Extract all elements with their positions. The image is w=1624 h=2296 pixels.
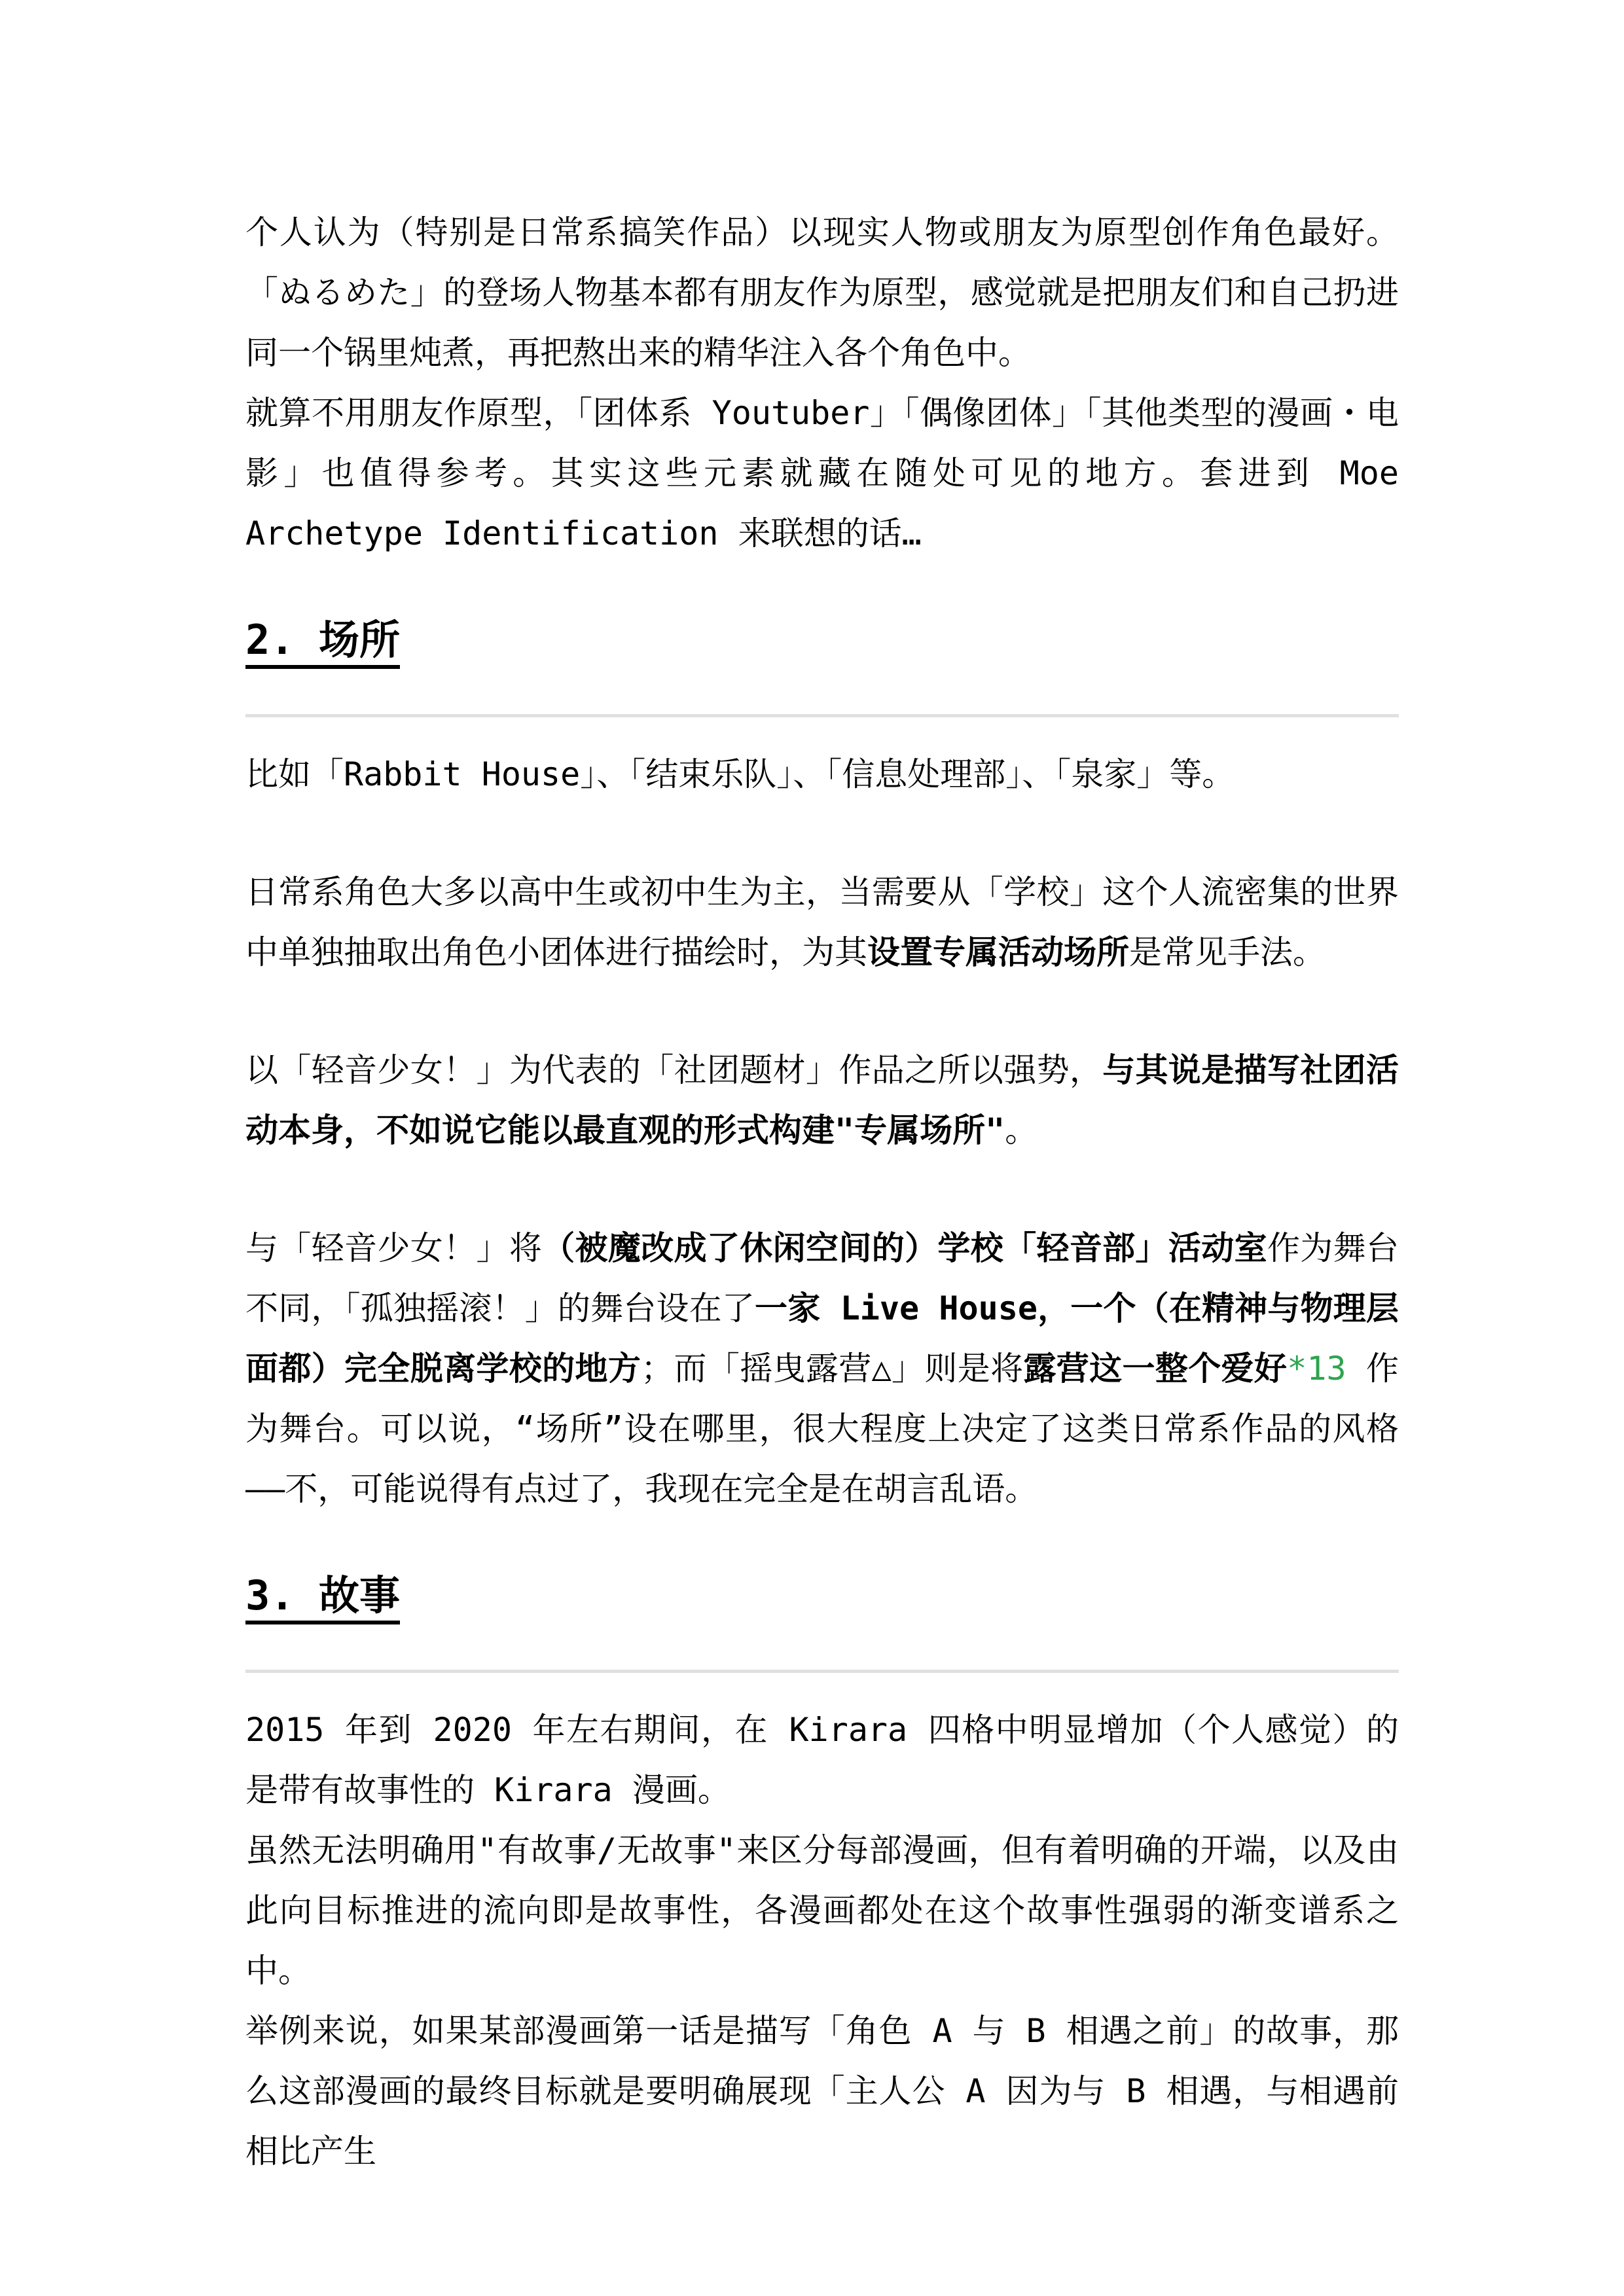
paragraph: 就算不用朋友作原型，「团体系 Youtuber」「偶像团体」「其他类型的漫画・电… bbox=[245, 383, 1399, 564]
document-page: 个人认为（特别是日常系搞笑作品）以现实人物或朋友为原型创作角色最好。「ぬるめた」… bbox=[0, 0, 1624, 2296]
text-run: 举例来说，如果某部漫画第一话是描写「角色 A 与 B 相遇之前」的故事，那么这部… bbox=[245, 2012, 1399, 2170]
text-run: 比如「Rabbit House」、「结束乐队」、「信息处理部」、「泉家」等。 bbox=[245, 755, 1235, 793]
section-3-heading-text: 3. 故事 bbox=[245, 1572, 400, 1624]
text-run: 就算不用朋友作原型，「团体系 Youtuber」「偶像团体」「其他类型的漫画・电… bbox=[245, 394, 1399, 552]
footnote-ref-link[interactable]: *13 bbox=[1287, 1350, 1346, 1388]
paragraph: 与「轻音少女！」将（被魔改成了休闲空间的）学校「轻音部」活动室作为舞台不同，「孤… bbox=[245, 1218, 1399, 1519]
text-run: 虽然无法明确用"有故事/无故事"来区分每部漫画，但有着明确的开端，以及由此向目标… bbox=[245, 1831, 1399, 1990]
text-run: 。 bbox=[1005, 1111, 1038, 1149]
text-run: 是常见手法。 bbox=[1129, 933, 1326, 971]
article-content: 个人认为（特别是日常系搞笑作品）以现实人物或朋友为原型创作角色最好。「ぬるめた」… bbox=[0, 0, 1624, 2296]
paragraph: 以「轻音少女！」为代表的「社团题材」作品之所以强势，与其说是描写社团活动本身，不… bbox=[245, 1040, 1399, 1160]
text-run: 与「轻音少女！」将 bbox=[245, 1229, 542, 1267]
intro-paragraphs: 个人认为（特别是日常系搞笑作品）以现实人物或朋友为原型创作角色最好。「ぬるめた」… bbox=[245, 202, 1399, 564]
section-3-paragraphs: 2015 年到 2020 年左右期间，在 Kirara 四格中明显增加（个人感觉… bbox=[245, 1700, 1399, 2181]
section-3-divider bbox=[245, 1670, 1399, 1673]
section-2-heading-text: 2. 场所 bbox=[245, 617, 400, 669]
text-run: 2015 年到 2020 年左右期间，在 Kirara 四格中明显增加（个人感觉… bbox=[245, 1711, 1399, 1809]
paragraph: 举例来说，如果某部漫画第一话是描写「角色 A 与 B 相遇之前」的故事，那么这部… bbox=[245, 2001, 1399, 2181]
paragraph: 2015 年到 2020 年左右期间，在 Kirara 四格中明显增加（个人感觉… bbox=[245, 1700, 1399, 1820]
section-3-heading: 3. 故事 bbox=[245, 1570, 1399, 1624]
paragraph: 虽然无法明确用"有故事/无故事"来区分每部漫画，但有着明确的开端，以及由此向目标… bbox=[245, 1820, 1399, 2001]
paragraph: 个人认为（特别是日常系搞笑作品）以现实人物或朋友为原型创作角色最好。「ぬるめた」… bbox=[245, 202, 1399, 383]
text-run: 个人认为（特别是日常系搞笑作品）以现实人物或朋友为原型创作角色最好。「ぬるめた」… bbox=[245, 213, 1399, 372]
paragraph: 比如「Rabbit House」、「结束乐队」、「信息处理部」、「泉家」等。 bbox=[245, 744, 1399, 804]
bold-text-run: （被魔改成了休闲空间的）学校「轻音部」活动室 bbox=[542, 1229, 1267, 1267]
section-2-divider bbox=[245, 714, 1399, 717]
text-run: ；而「摇曳露营△」则是将 bbox=[641, 1350, 1023, 1388]
section-2-paragraphs: 比如「Rabbit House」、「结束乐队」、「信息处理部」、「泉家」等。日常… bbox=[245, 744, 1399, 1519]
section-2-heading: 2. 场所 bbox=[245, 614, 1399, 669]
bold-text-run: 设置专属活动场所 bbox=[867, 933, 1129, 971]
text-run: 以「轻音少女！」为代表的「社团题材」作品之所以强势， bbox=[245, 1051, 1102, 1089]
bold-text-run: 露营这一整个爱好 bbox=[1023, 1350, 1287, 1388]
paragraph: 日常系角色大多以高中生或初中生为主，当需要从「学校」这个人流密集的世界中单独抽取… bbox=[245, 862, 1399, 982]
